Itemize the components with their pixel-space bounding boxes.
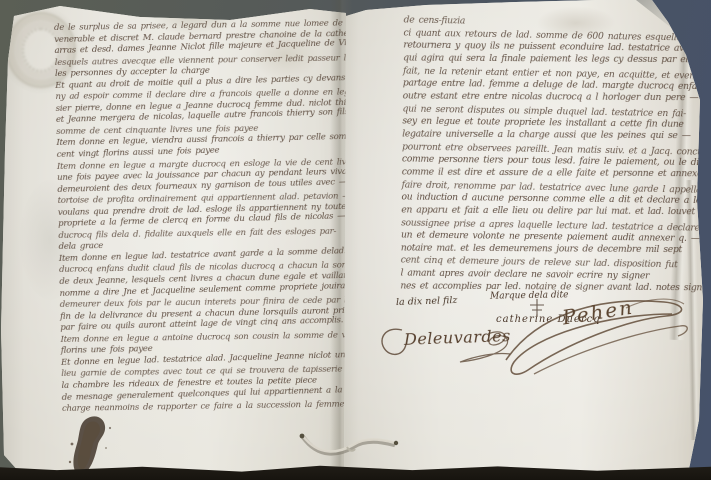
left-page-text: de le surplus de sa prisee, a legard dun… [54, 17, 342, 415]
left-page: de le surplus de sa prisee, a legard dun… [0, 0, 346, 480]
manuscript-line: legataire universelle a la charge aussi … [402, 128, 660, 142]
closing-note: la dix nel filz [396, 295, 458, 308]
marque-label: Marque dela dite [490, 290, 569, 301]
edge-wrinkle [686, 180, 701, 440]
right-page-lines: ci quant aux retours de lad. somme de 60… [400, 27, 661, 296]
right-page: de cens-fiuzia ci quant aux retours de l… [336, 0, 711, 480]
manuscript-line: qui agira qui sera la finale paiement le… [403, 52, 661, 66]
right-page-text: de cens-fiuzia ci quant aux retours de l… [400, 14, 661, 296]
manuscript-scan: de le surplus de sa prisee, a legard dun… [0, 0, 711, 480]
manuscript-line: outre estant etre entre nicolas ducrocq … [403, 90, 661, 104]
manuscript-line: comme il est dire et assure de a elle fa… [402, 166, 660, 180]
manuscript-line: en apparu et fait a elle lieu ou delire … [401, 204, 659, 218]
signature-left-name: Deleuvardes [404, 326, 511, 349]
